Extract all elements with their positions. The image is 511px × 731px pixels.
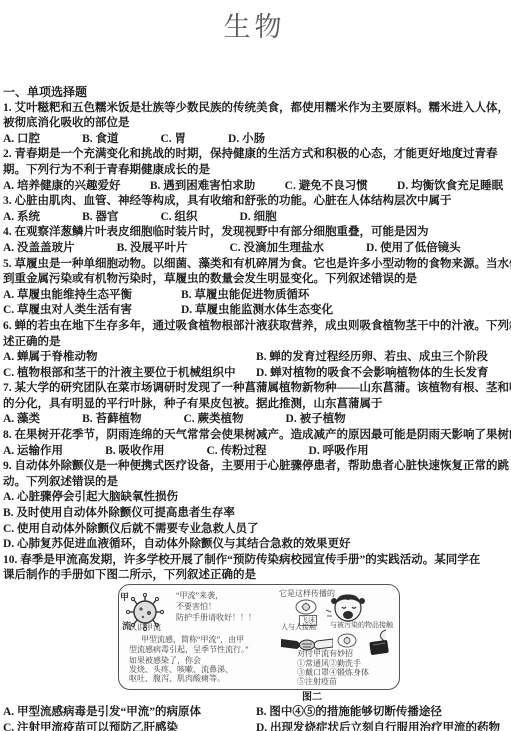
question-8-option-B: B. 吸收作用 [105,444,164,460]
question-2: 2. 青春期是一个充满变化和挑战的时期，保持健康的生活方式和积极的心态，才能更好… [3,147,506,194]
question-2-option-A: A. 培养健康的兴趣爱好 [3,179,121,195]
question-9-option-row: C. 使用自动体外除颤仪后就不需要专业急救人员了 [3,522,506,538]
question-10-option-A: A. 甲型流感病毒是引发“甲流”的病原体 [3,705,256,721]
person-contact-label: 人与人接触 [281,623,316,632]
question-3-option-row: A. 系统B. 器官C. 组织D. 细胞 [3,210,506,226]
question-1-option-D: D. 小肠 [228,132,265,148]
question-2-option-row: A. 培养健康的兴趣爱好B. 遇到困难害怕求助C. 避免不良习惯D. 均衡饮食充… [3,179,506,195]
question-4-option-D: D. 使用了低倍镜头 [366,241,461,257]
question-1-option-B: B. 食道 [82,132,118,148]
question-7-option-A: A. 藻类 [3,412,40,428]
question-10-text-line: 课后制作的手册如下图二所示，下列叙述正确的是 [3,568,506,584]
question-10-option-B: B. 图中④⑤的措施能够切断传播途径 [256,705,442,721]
question-5: 5. 草履虫是一种单细胞动物。以细菌、藻类和有机碎屑为食。它也是许多小型动物的食… [3,257,506,319]
question-9-option-row: A. 心脏骤停会引起大脑缺氧性损伤 [3,490,506,506]
question-2-option-D: D. 均衡饮食充足睡眠 [397,179,503,195]
question-3-option-C: C. 组织 [160,210,197,226]
droplet-bubble-icon [295,599,317,615]
question-5-option-D: D. 草履虫能监测水体生态变化 [181,303,333,319]
question-5-text-line: 5. 草履虫是一种单细胞动物。以细菌、藻类和有机碎屑为食。它也是许多小型动物的食… [3,257,506,273]
virus-label-top: 甲 [120,590,129,603]
question-7-option-C: C. 蕨类植物 [183,412,243,428]
question-5-option-row: A. 草履虫能维持生态平衡B. 草履虫能促进物质循环 [3,288,506,304]
question-5-option-C: C. 草履虫对人类生活有害 [3,303,181,319]
question-3-option-B: B. 器官 [82,210,118,226]
question-7-option-B: B. 苔藓植物 [82,412,141,428]
question-3-option-D: D. 细胞 [240,210,277,226]
question-7-option-row: A. 藻类B. 苔藓植物C. 蕨类植物D. 被子植物 [3,412,506,428]
question-5-option-A: A. 草履虫能维持生态平衡 [3,288,181,304]
figure-manual: 甲 流 “甲流”来袭， 不要害怕！ 防护手册请收好！！！ 认识甲流 甲型流感，简… [118,584,402,704]
question-4-option-C: C. 没滴加生理盐水 [229,241,324,257]
question-8-option-row: A. 运输作用B. 吸收作用C. 传粉过程D. 呼吸作用 [3,444,506,460]
question-4-option-row: A. 没盖盖玻片B. 没展平叶片C. 没滴加生理盐水D. 使用了低倍镜头 [3,241,506,257]
manual-intro: “甲流”来袭， 不要害怕！ 防护手册请收好！！！ [176,590,256,623]
question-3-option-A: A. 系统 [3,210,40,226]
tips-heading: 对付甲流有妙招 [297,649,353,659]
question-1-text-line: 1. 艾叶糍粑和五色糯米饭是壮族等少数民族的传统美食，都使用糯米作为主要原料。糯… [3,101,506,117]
question-5-text-line: 到重金属污染或有机物污染时，草履虫的数量会发生明显变化。下列叙述错误的是 [3,272,506,288]
contaminated-item-icon [362,629,396,657]
question-6-text-line: 述正确的是 [3,335,506,351]
question-9-text-line: 9. 自动体外除颤仪是一种便携式医疗设备，主要用于心脏骤停患者，帮助患者心脏快速… [3,459,506,475]
question-9-option-D: D. 心肺复苏促进血液循环，自动体外除颤仪与其结合急救的效果更好 [3,538,351,550]
question-4-option-A: A. 没盖盖玻片 [3,241,75,257]
question-3-text-line: 3. 心脏由肌肉、血管、神经等构成，具有收缩和舒张的功能。心脏在人体结构层次中属… [3,194,506,210]
question-8: 8. 在果树开花季节，阴雨连绵的天气常常会使果树减产。造成减产的原因最可能是阴雨… [3,428,506,459]
question-10-option-row: A. 甲型流感病毒是引发“甲流”的病原体B. 图中④⑤的措施能够切断传播途径 [3,705,506,721]
section-heading: 一、单项选择题 [3,85,506,101]
intro-line: 不要害怕！ [176,601,256,612]
question-9: 9. 自动体外除颤仪是一种便携式医疗设备，主要用于心脏骤停患者，帮助患者心脏快速… [3,459,506,553]
page-title: 生物 [3,10,506,44]
question-10-text-line: 10. 春季是甲流高发期，许多学校开展了制作“预防传染病校园宣传手册”的实践活动… [3,553,506,569]
intro-line: 防护手册请收好！！！ [176,612,256,623]
sneeze-face-icon [323,590,367,624]
question-7-option-D: D. 被子植物 [286,412,346,428]
question-9-option-C: C. 使用自动体外除颤仪后就不需要专业急救人员了 [3,523,259,535]
question-2-text-line: 2. 青春期是一个充满变化和挑战的时期，保持健康的生活方式和积极的心态，才能更好… [3,147,506,163]
question-6-text-line: 6. 蝉的若虫在地下生存多年，通过吸食植物根部汁液获取营养，成虫则吸食植物茎干中… [3,319,506,335]
question-6-option-A: A. 蝉属于脊椎动物 [3,350,256,366]
question-1-option-A: A. 口腔 [3,132,40,148]
question-2-option-B: B. 遇到困难害怕求助 [150,179,255,195]
figure-caption: 图二 [302,692,402,704]
question-8-text-line: 8. 在果树开花季节，阴雨连绵的天气常常会使果树减产。造成减产的原因最可能是阴雨… [3,428,506,444]
question-2-option-C: C. 避免不良习惯 [285,179,368,195]
exam-page: 生物 一、单项选择题 1. 艾叶糍粑和五色糯米饭是壮族等少数民族的传统美食，都使… [0,0,511,731]
question-4: 4. 在观察洋葱鳞片叶表皮细胞临时装片时，发现视野中有部分细胞重叠，可能是因为A… [3,225,506,256]
question-7-text-line: 的分化，具有明显的平行叶脉，种子有果皮包被。据此推测，山东菖蒲属于 [3,397,506,413]
question-6-option-B: B. 蝉的发育过程经历卵、若虫、成虫三个阶段 [256,350,488,366]
question-9-option-row: D. 心肺复苏促进血液循环，自动体外除颤仪与其结合急救的效果更好 [3,537,506,553]
question-9-option-row: B. 及时使用自动体外除颤仪可提高患者生存率 [3,506,506,522]
question-10: 10. 春季是甲流高发期，许多学校开展了制作“预防传染病校园宣传手册”的实践活动… [3,553,506,731]
question-8-option-D: D. 呼吸作用 [309,444,369,460]
question-6: 6. 蝉的若虫在地下生存多年，通过吸食植物根部汁液获取营养，成虫则吸食植物茎干中… [3,319,506,381]
question-3: 3. 心脏由肌肉、血管、神经等构成，具有收缩和舒张的功能。心脏在人体结构层次中属… [3,194,506,225]
question-6-option-C: C. 植物根部和茎干的汁液主要位于机械组织中 [3,366,256,382]
question-10-option-C: C. 注射甲流疫苗可以预防乙肝感染 [3,721,256,731]
know-flu-line: 甲型流感，简称“甲流”，由甲 [141,635,244,645]
intro-line: “甲流”来袭， [176,590,256,601]
question-2-text-line: 期。下列行为不利于青春期健康成长的是 [3,163,506,179]
question-6-option-row: A. 蝉属于脊椎动物B. 蝉的发育过程经历卵、若虫、成虫三个阶段 [3,350,506,366]
question-8-option-A: A. 运输作用 [3,444,63,460]
droplet-bubble-icon [337,633,357,648]
question-4-text-line: 4. 在观察洋葱鳞片叶表皮细胞临时装片时，发现视野中有部分细胞重叠，可能是因为 [3,225,506,241]
know-flu-line: 型流感病毒引起，呈季节性流行。” [129,645,249,655]
question-5-option-B: B. 草履虫能促进物质循环 [181,288,309,304]
manual-panel: 甲 流 “甲流”来袭， 不要害怕！ 防护手册请收好！！！ 认识甲流 甲型流感，简… [118,584,400,690]
know-flu-heading: 认识甲流 [129,623,161,633]
question-5-option-row: C. 草履虫对人类生活有害D. 草履虫能监测水体生态变化 [3,303,506,319]
question-9-option-A: A. 心脏骤停会引起大脑缺氧性损伤 [3,491,178,503]
tips-line: ⑤注射疫苗 [297,677,337,687]
question-4-option-B: B. 没展平叶片 [117,241,188,257]
question-6-option-row: C. 植物根部和茎干的汁液主要位于机械组织中D. 蝉对植物的吸食不会影响植物体的… [3,366,506,382]
question-10-option-D: D. 出现发烧症状后立刻自行服用治疗甲流的药物 [256,721,500,731]
question-1-option-C: C. 胃 [160,132,186,148]
question-1: 1. 艾叶糍粑和五色糯米饭是壮族等少数民族的传统美食，都使用糯米作为主要原料。糯… [3,101,506,148]
question-6-option-D: D. 蝉对植物的吸食不会影响植物体的生长发育 [256,366,489,382]
question-1-option-row: A. 口腔B. 食道C. 胃D. 小肠 [3,132,506,148]
question-8-option-C: C. 传粉过程 [206,444,266,460]
question-7-text-line: 7. 某大学的研究团队在菜市场调研时发现了一种菖蒲属植物新物种——山东菖蒲。该植… [3,381,506,397]
question-9-option-B: B. 及时使用自动体外除颤仪可提高患者生存率 [3,507,235,519]
question-9-text-line: 动。下列叙述错误的是 [3,475,506,491]
question-list: 1. 艾叶糍粑和五色糯米饭是壮族等少数民族的传统美食，都使用糯米作为主要原料。糯… [3,101,506,731]
question-10-option-row: C. 注射甲流疫苗可以预防乙肝感染D. 出现发烧症状后立刻自行服用治疗甲流的药物 [3,721,506,731]
know-flu-line: 呕吐、腹泻、肌肉酸痛等。 [129,674,225,684]
question-1-text-line: 被彻底消化吸收的部位是 [3,116,506,132]
question-7: 7. 某大学的研究团队在菜市场调研时发现了一种菖蒲属植物新物种——山东菖蒲。该植… [3,381,506,428]
